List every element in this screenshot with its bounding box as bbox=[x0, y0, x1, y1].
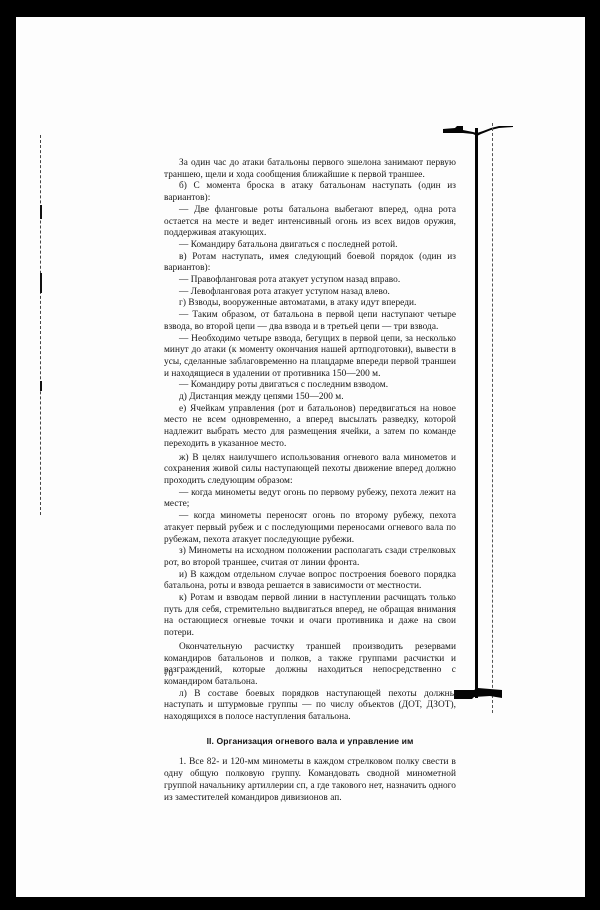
paragraph: г) Взводы, вооруженные автоматами, в ата… bbox=[164, 298, 456, 310]
paragraph: — Правофланговая рота атакует уступом на… bbox=[164, 275, 456, 287]
paragraph: — когда минометы переносят огонь по втор… bbox=[164, 511, 456, 546]
paragraph: — Необходимо четыре взвода, бегущих в пе… bbox=[164, 334, 456, 381]
paragraph: и) В каждом отдельном случае вопрос пост… bbox=[164, 570, 456, 593]
paragraph: — Две фланговые роты батальона выбегают … bbox=[164, 205, 456, 240]
document-body: За один час до атаки батальоны первого э… bbox=[164, 158, 456, 804]
document-page: За один час до атаки батальоны первого э… bbox=[16, 17, 585, 897]
paragraph: д) Дистанция между цепями 150—200 м. bbox=[164, 392, 456, 404]
paragraph: — когда минометы ведут огонь по первому … bbox=[164, 488, 456, 511]
paragraph: За один час до атаки батальоны первого э… bbox=[164, 158, 456, 181]
paragraph: з) Минометы на исходном положении распол… bbox=[164, 546, 456, 569]
paragraph: л) В составе боевых порядков наступающей… bbox=[164, 689, 456, 724]
page-number: 70 bbox=[164, 668, 173, 678]
paragraph: — Таким образом, от батальона в первой ц… bbox=[164, 310, 456, 333]
paragraph: е) Ячейкам управления (рот и батальонов)… bbox=[164, 404, 456, 451]
bracket-vertical-line bbox=[475, 128, 478, 698]
paragraph: — Командиру роты двигаться с последним в… bbox=[164, 380, 456, 392]
left-margin-mark bbox=[40, 135, 42, 515]
bracket-bottom-mark bbox=[454, 688, 504, 700]
paragraph: — Командиру батальона двигаться с послед… bbox=[164, 240, 456, 252]
section-heading: II. Организация огневого вала и управлен… bbox=[164, 736, 456, 748]
paragraph: Окончательную расчистку траншей производ… bbox=[164, 642, 456, 689]
bracket-top-mark bbox=[443, 125, 513, 137]
paragraph: — Левофланговая рота атакует уступом наз… bbox=[164, 287, 456, 299]
paragraph: ж) В целях наилучшего использования огне… bbox=[164, 453, 456, 488]
paragraph: 1. Все 82- и 120-мм минометы в каждом ст… bbox=[164, 757, 456, 804]
paragraph: в) Ротам наступать, имея следующий боево… bbox=[164, 252, 456, 275]
bracket-dashed-line bbox=[492, 123, 493, 713]
paragraph: к) Ротам и взводам первой линии в наступ… bbox=[164, 593, 456, 640]
paragraph: б) С момента броска в атаку батальонам н… bbox=[164, 181, 456, 204]
